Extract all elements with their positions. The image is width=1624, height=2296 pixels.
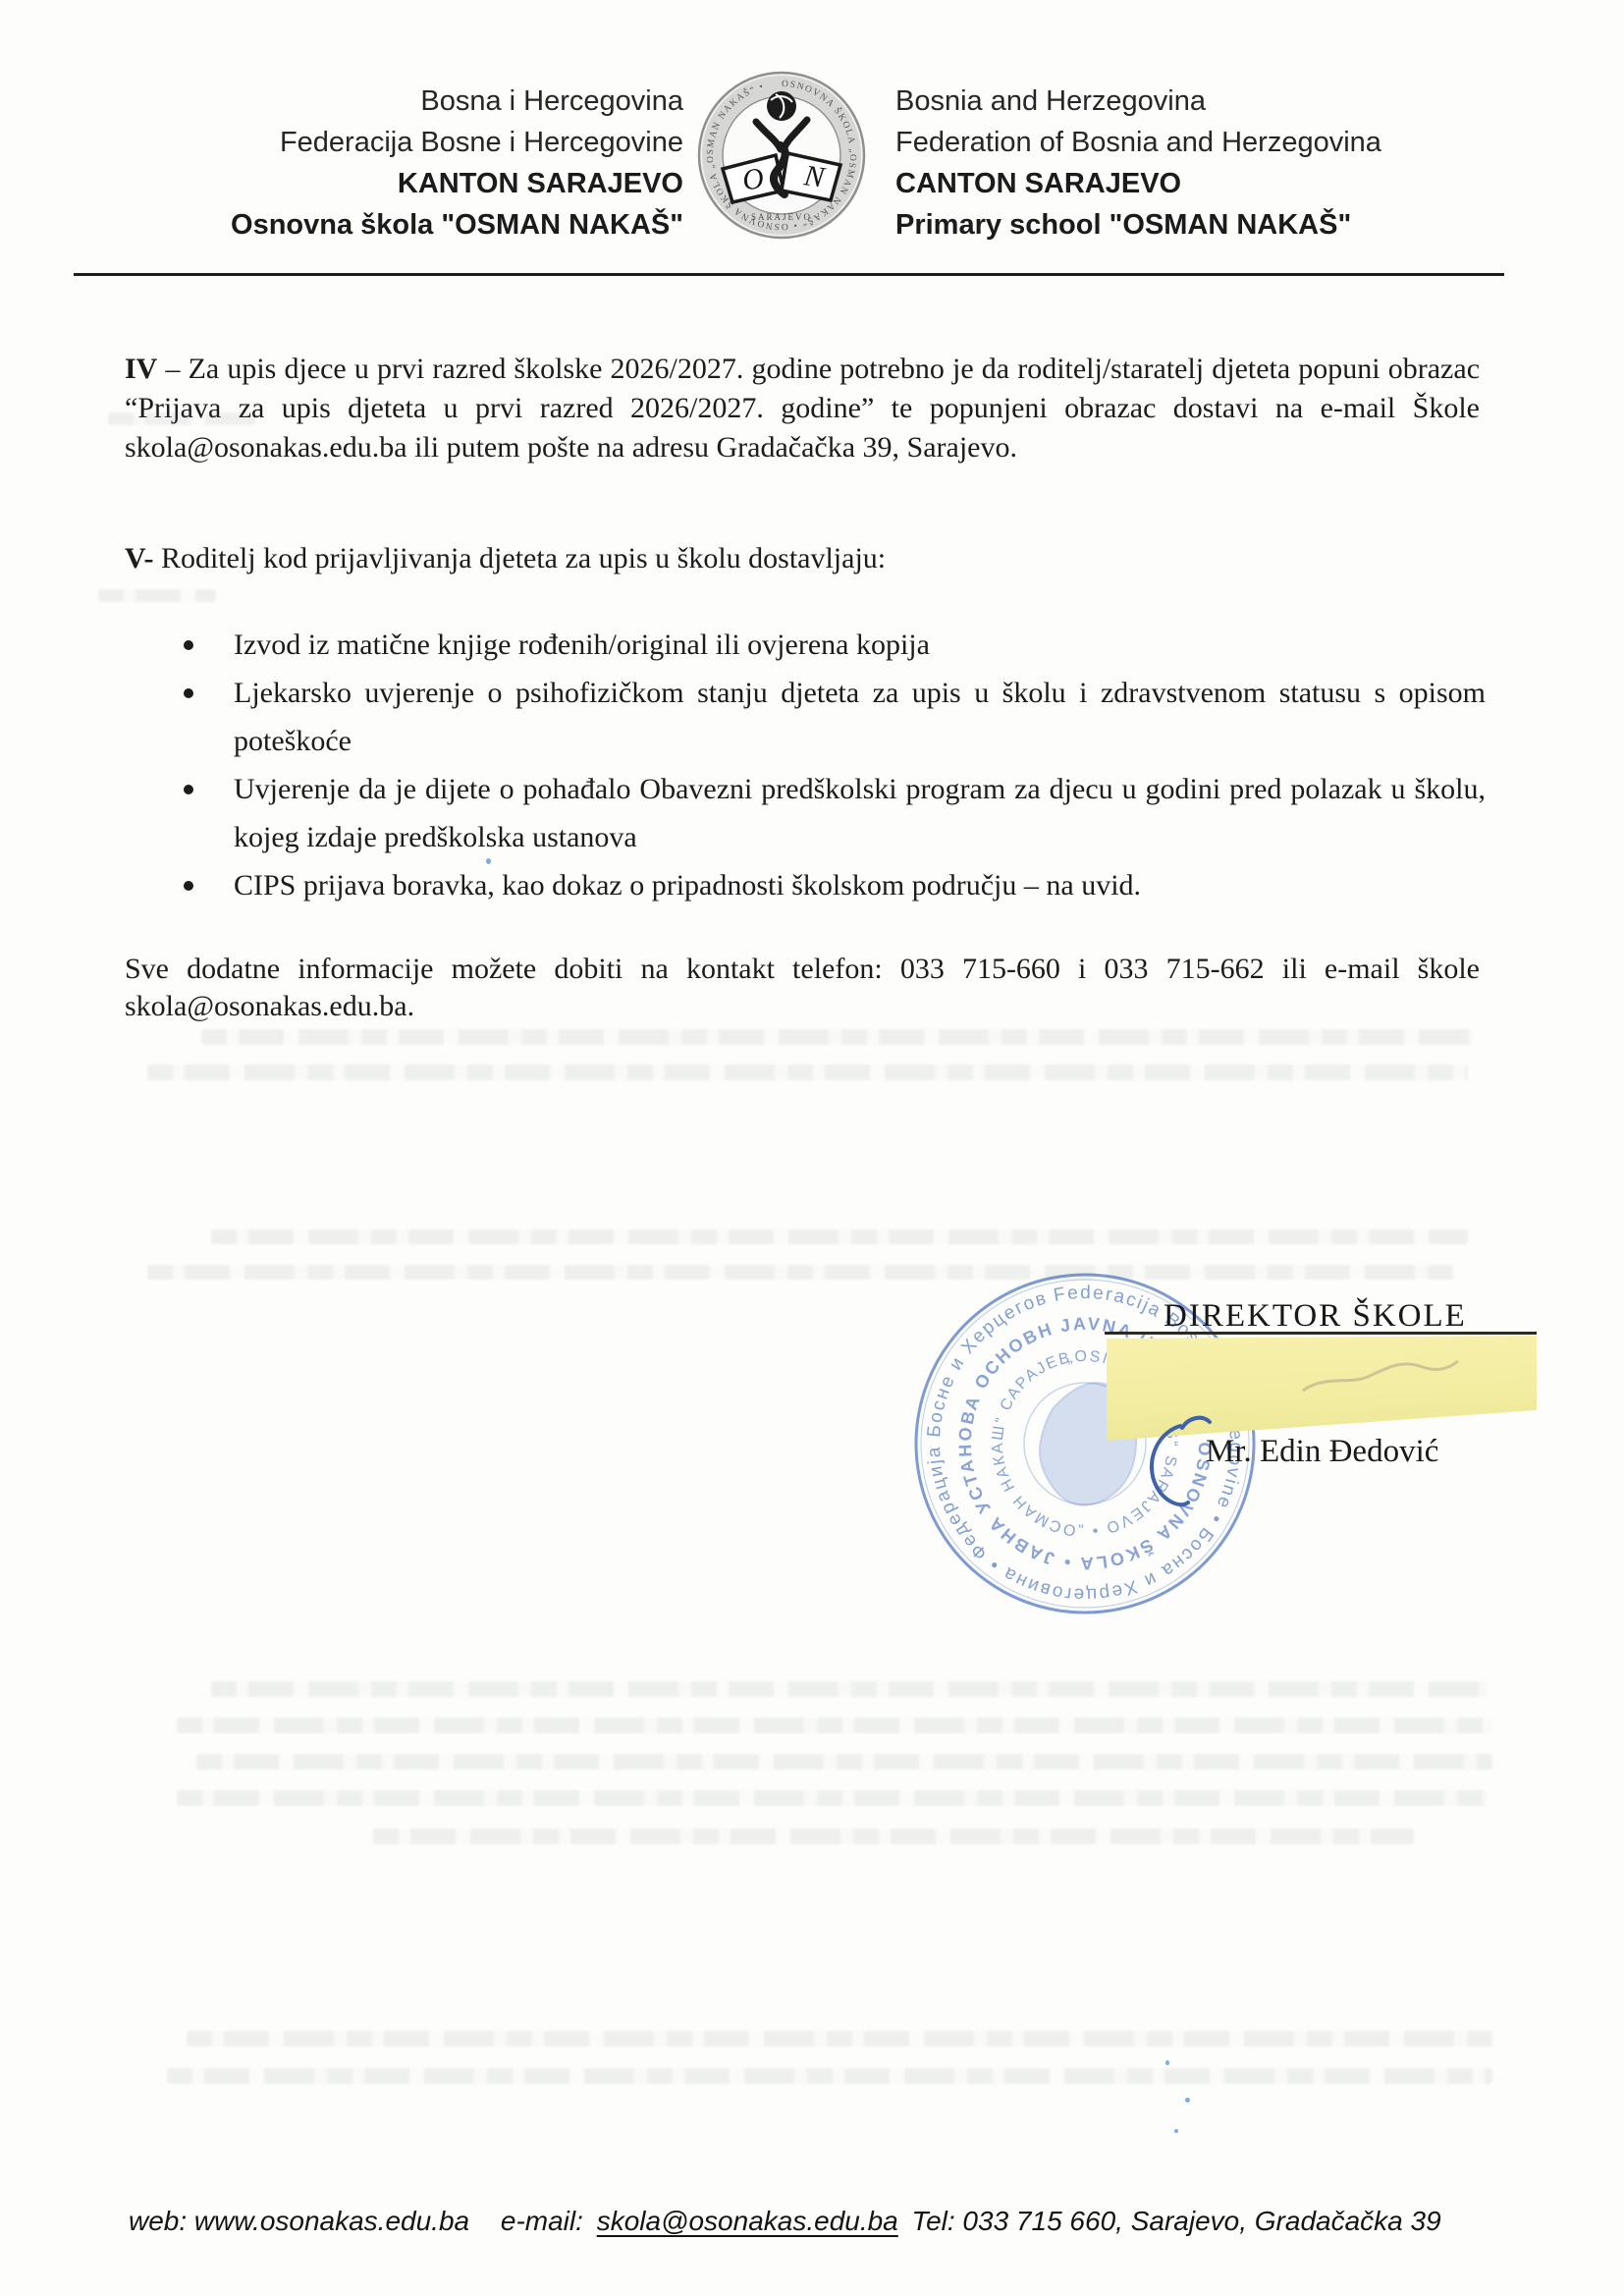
bleed-through-text (167, 2068, 1492, 2084)
bleed-through-text (211, 1681, 1488, 1697)
bleed-through-text (177, 1790, 1488, 1806)
list-item: CIPS prijava boravka, kao dokaz o pripad… (180, 861, 1486, 909)
signature-line (1105, 1332, 1537, 1335)
list-item: Izvod iz matične knjige rođenih/original… (180, 621, 1486, 669)
paragraph-v-label: V- (125, 542, 153, 574)
header-line-canton-en: CANTON SARAJEVO (895, 163, 1504, 204)
bleed-through-text (211, 1230, 1468, 1244)
paragraph-iv-label: IV (125, 353, 157, 385)
footer-web: web: www.osonakas.edu.ba (129, 2206, 469, 2236)
header-right-column: Bosnia and Herzegovina Federation of Bos… (895, 81, 1504, 246)
header-line-school-bs: Osnovna škola "OSMAN NAKAŠ" (0, 204, 683, 246)
list-item: Uvjerenje da je dijete o pohađalo Obavez… (180, 765, 1486, 861)
school-logo-icon: OSNOVNA ŠKOLA „OSMAN NAKAŠ“ • OSNOVNA ŠK… (697, 71, 866, 240)
ink-speck (1185, 2098, 1190, 2103)
bleed-through-text (147, 1265, 1453, 1280)
footer-tel-address: Tel: 033 715 660, Sarajevo, Gradačačka 3… (912, 2206, 1441, 2236)
bleed-through-text (187, 2031, 1492, 2047)
bleed-through-text (201, 1029, 1473, 1045)
ink-speck (486, 858, 491, 864)
footer-contact-line: web: www.osonakas.edu.ba e-mail: skola@o… (129, 2206, 1523, 2237)
director-name: Mr. Edin Đedović (1206, 1434, 1438, 1470)
ink-speck (1165, 2060, 1169, 2065)
header-line-school-en: Primary school "OSMAN NAKAŠ" (895, 204, 1504, 246)
list-item: Ljekarsko uvjerenje o psihofizičkom stan… (180, 669, 1486, 765)
ink-speck (1174, 2129, 1178, 2133)
header-divider (74, 273, 1504, 276)
bleed-through-text (177, 1718, 1492, 1733)
bleed-through-text (147, 1065, 1468, 1080)
header-line-federation-en: Federation of Bosnia and Herzegovina (895, 122, 1504, 163)
contact-info-paragraph: Sve dodatne informacije možete dobiti na… (125, 951, 1480, 1025)
header-line-federation-bs: Federacija Bosne i Hercegovine (0, 122, 683, 163)
header-line-canton-bs: KANTON SARAJEVO (0, 163, 683, 204)
header-line-country-bs: Bosna i Hercegovina (0, 81, 683, 122)
footer-email-label: e-mail: (501, 2206, 583, 2236)
paragraph-iv-enrollment: IV – Za upis djece u prvi razred školske… (125, 350, 1480, 467)
bleed-through-text (98, 589, 216, 602)
paragraph-v-heading: V- Roditelj kod prijavljivanja djeteta z… (125, 539, 1480, 578)
paragraph-v-text: Roditelj kod prijavljivanja djeteta za u… (161, 542, 886, 574)
paragraph-iv-text: – Za upis djece u prvi razred školske 20… (125, 353, 1480, 464)
bleed-through-text (373, 1829, 1414, 1844)
footer-email-link[interactable]: skola@osonakas.edu.ba (597, 2206, 898, 2236)
required-documents-list: Izvod iz matične knjige rođenih/original… (180, 621, 1486, 909)
header-line-country-en: Bosnia and Herzegovina (895, 81, 1504, 122)
bleed-through-text (196, 1754, 1492, 1770)
header-left-column: Bosna i Hercegovina Federacija Bosne i H… (0, 81, 683, 246)
bleed-through-text (108, 412, 255, 425)
logo-caption: SARAJEVO (751, 212, 812, 222)
director-title: DIREKTOR ŠKOLE (1164, 1298, 1467, 1335)
scanned-document-page: Bosna i Hercegovina Federacija Bosne i H… (0, 0, 1624, 2296)
